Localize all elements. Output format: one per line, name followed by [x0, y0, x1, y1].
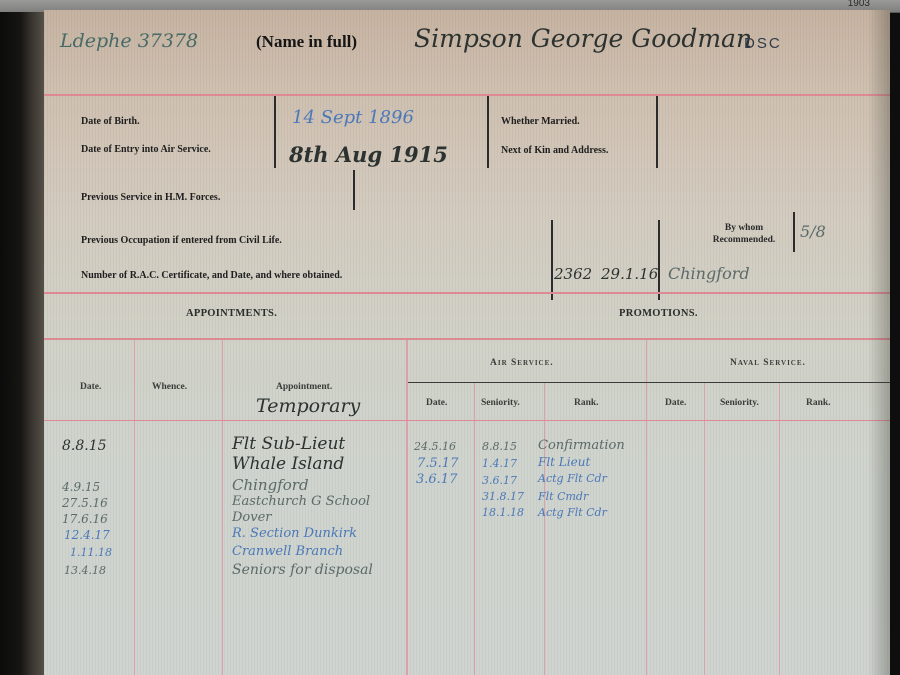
divider	[274, 96, 276, 168]
air-promotion-date: 24.5.16	[414, 440, 456, 453]
previous-occupation-label: Previous Occupation if entered from Civi…	[81, 235, 282, 246]
appointments-col-whence: Whence.	[152, 382, 187, 392]
divider	[779, 383, 780, 675]
naval-col-seniority: Seniority.	[720, 398, 759, 408]
divider	[44, 420, 890, 421]
rac-certificate-place: Chingford	[668, 264, 750, 283]
divider	[134, 340, 135, 675]
divider	[544, 383, 545, 675]
appointment-date: 13.4.18	[64, 564, 106, 577]
appointment-date: 12.4.17	[64, 528, 110, 542]
divider	[793, 212, 795, 252]
divider	[646, 340, 647, 675]
appointment-text: Seniors for disposal	[232, 562, 373, 578]
previous-service-label: Previous Service in H.M. Forces.	[81, 192, 220, 203]
date-of-entry-label: Date of Entry into Air Service.	[81, 144, 211, 155]
whether-married-label: Whether Married.	[501, 116, 580, 127]
air-promotion-date: 3.6.17	[416, 472, 457, 487]
air-promotion-seniority: 3.6.17	[482, 474, 517, 487]
divider	[656, 96, 658, 168]
promotions-title: PROMOTIONS.	[619, 308, 698, 319]
service-record-page: Ldephe 37378 (Name in full) Simpson Geor…	[44, 10, 890, 675]
air-promotion-rank: Flt Cmdr	[538, 490, 588, 503]
rac-certificate-date: 29.1.16	[601, 265, 658, 283]
divider	[551, 220, 553, 300]
rac-certificate-number: 2362	[554, 265, 592, 283]
air-col-date: Date.	[426, 398, 447, 408]
divider	[44, 338, 890, 340]
naval-service-title: Naval Service.	[730, 358, 806, 368]
air-promotion-seniority: 18.1.18	[482, 506, 524, 519]
appointment-date: 8.8.15	[62, 438, 107, 454]
air-promotion-rank: Confirmation	[538, 438, 625, 453]
air-promotion-seniority: 1.4.17	[482, 457, 517, 470]
appointment-text: R. Section Dunkirk	[232, 526, 357, 541]
divider	[353, 170, 355, 210]
appointment-text: Cranwell Branch	[232, 544, 343, 559]
divider	[474, 383, 475, 675]
date-of-birth-label: Date of Birth.	[81, 116, 140, 127]
book-binding	[0, 12, 46, 675]
appointment-text: Dover	[232, 510, 272, 525]
naval-col-date: Date.	[665, 398, 686, 408]
air-col-rank: Rank.	[574, 398, 599, 408]
air-promotion-date: 7.5.17	[417, 456, 458, 471]
air-promotion-rank: Actg Flt Cdr	[538, 472, 607, 485]
appointments-col-date: Date.	[80, 382, 101, 392]
air-promotion-seniority: 8.8.15	[482, 440, 517, 453]
divider	[44, 94, 890, 96]
rac-certificate-label: Number of R.A.C. Certificate, and Date, …	[81, 270, 342, 281]
date-of-birth-value: 14 Sept 1896	[292, 107, 414, 128]
naval-col-rank: Rank.	[806, 398, 831, 408]
appointment-text: Chingford	[232, 476, 309, 494]
viewer-top-bar-label: 1903	[848, 0, 870, 9]
divider	[44, 292, 890, 294]
air-service-title: Air Service.	[490, 358, 554, 368]
appointment-text: Whale Island	[232, 454, 344, 474]
appointment-date: 1.11.18	[70, 546, 112, 559]
reference-note: Ldephe 37378	[60, 30, 198, 52]
air-promotion-rank: Actg Flt Cdr	[538, 506, 607, 519]
name-label: (Name in full)	[256, 32, 357, 52]
air-promotion-seniority: 31.8.17	[482, 490, 524, 503]
appointment-date: 17.6.16	[62, 512, 108, 526]
date-of-entry-value: 8th Aug 1915	[289, 142, 448, 167]
appointment-date: 4.9.15	[62, 480, 100, 494]
appointment-text: Flt Sub-Lieut	[232, 434, 345, 454]
appointments-title: APPOINTMENTS.	[186, 308, 277, 319]
divider	[704, 383, 705, 675]
recommended-by-value: 5/8	[800, 222, 826, 241]
divider	[487, 96, 489, 168]
appointments-heading-note: Temporary	[256, 395, 360, 417]
air-col-seniority: Seniority.	[481, 398, 520, 408]
divider	[408, 382, 890, 383]
air-promotion-rank: Flt Lieut	[538, 455, 590, 469]
next-of-kin-label: Next of Kin and Address.	[501, 145, 608, 156]
appointment-date: 27.5.16	[62, 496, 108, 510]
divider	[222, 340, 223, 675]
honour-badge: DSC	[744, 35, 782, 52]
appointments-col-appointment: Appointment.	[276, 382, 332, 392]
divider	[406, 340, 408, 675]
name-value: Simpson George Goodman	[414, 24, 752, 53]
appointment-text: Eastchurch G School	[232, 494, 370, 509]
recommended-by-label: By whom Recommended.	[699, 222, 789, 246]
divider	[658, 220, 660, 300]
